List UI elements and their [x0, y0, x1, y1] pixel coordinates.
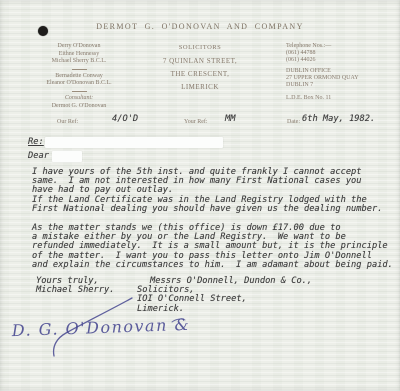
redaction-box-subject	[45, 137, 223, 148]
telephone-number: (061) 44026	[286, 57, 396, 64]
address-line: LIMERICK	[140, 81, 260, 94]
consultant-label: Consultant:	[18, 95, 140, 103]
body-paragraph: I have yours of the 5th inst. and quite …	[32, 168, 394, 196]
date-label: Date:	[287, 119, 300, 125]
firm-address-column: SOLICITORS 7 QUINLAN STREET, THE CRESCEN…	[140, 44, 260, 94]
partner-name: Eithne Hennessy	[18, 51, 140, 59]
body-paragraph: If the Land Certificate was in the Land …	[32, 196, 394, 214]
address-line: THE CRESCENT,	[140, 68, 260, 81]
profession-label: SOLICITORS	[140, 44, 260, 51]
consultant-name: Dermot G. O'Donovan	[18, 103, 140, 111]
partner-name: Bernadette Conway	[18, 73, 140, 81]
contact-column: Telephone Nos.:— (061) 44788 (061) 44026…	[286, 43, 396, 102]
signature-text: D. G. O'Donovan & Co	[10, 314, 194, 340]
partner-name: Eleanor O'Donovan B.C.L.	[18, 80, 140, 88]
address-line: 7 QUINLAN STREET,	[140, 55, 260, 68]
letter-page: DERMOT G. O'DONOVAN AND COMPANY Derry O'…	[0, 0, 400, 391]
signature: D. G. O'Donovan & Co	[4, 294, 194, 360]
partners-column: Derry O'Donovan Eithne Hennessy Michael …	[18, 43, 140, 110]
firm-name: DERMOT G. O'DONOVAN AND COMPANY	[0, 22, 400, 31]
divider-rule	[72, 69, 87, 70]
salutation: Dear	[28, 152, 49, 161]
dublin-address-line: DUBLIN 7	[286, 82, 396, 89]
your-ref-value: MM	[225, 115, 235, 124]
body-paragraph: As the matter stands we (this office) is…	[32, 224, 397, 270]
dublin-address-line: 27 UPPER ORMOND QUAY	[286, 75, 396, 82]
your-ref-label: Your Ref:	[184, 119, 208, 125]
our-ref-value: 4/O'D	[112, 115, 138, 124]
telephone-label: Telephone Nos.:—	[286, 43, 396, 50]
date-value: 6th May, 1982.	[302, 115, 375, 124]
our-ref-label: Our Ref:	[57, 119, 78, 125]
telephone-number: (061) 44788	[286, 50, 396, 57]
dublin-office-label: DUBLIN OFFICE	[286, 68, 396, 75]
partner-name: Michael Sherry B.C.L.	[18, 58, 140, 66]
partner-name: Derry O'Donovan	[18, 43, 140, 51]
redaction-box-name	[52, 151, 82, 162]
divider-rule	[72, 91, 87, 92]
box-number: L.D.E. Box No. 11	[286, 95, 396, 102]
re-label: Re:	[28, 138, 44, 147]
